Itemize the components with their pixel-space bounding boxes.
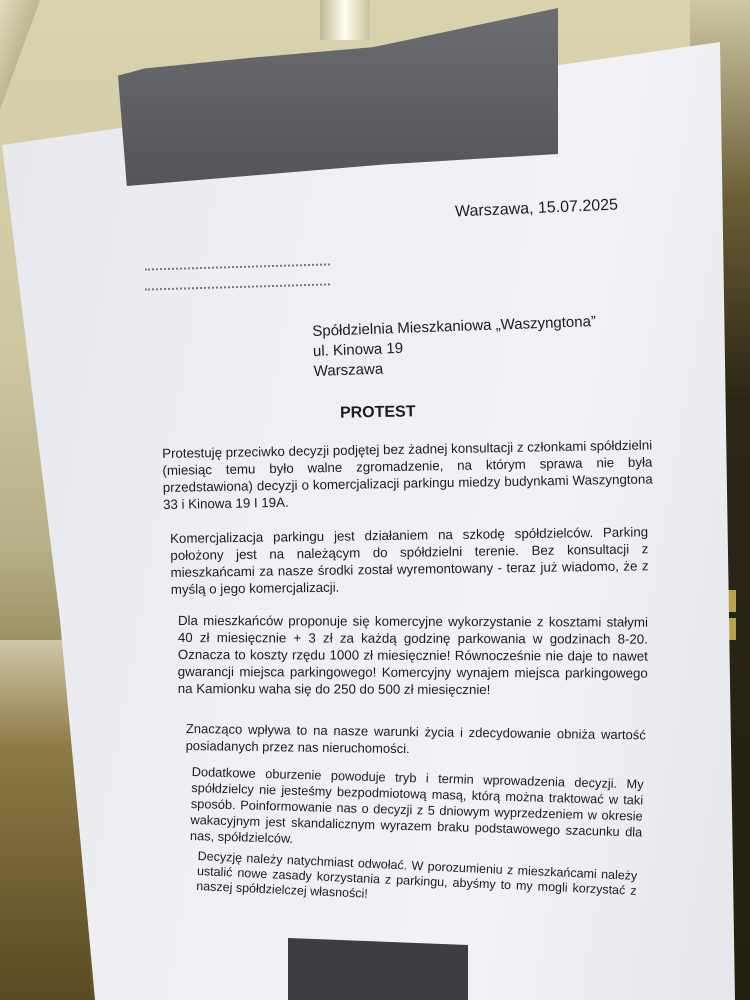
paragraph: Dla mieszkańców proponuje się komercyjne… bbox=[178, 612, 648, 699]
addressee-block: Spółdzielnia Mieszkaniowa „Waszyngtona” … bbox=[312, 312, 598, 382]
paragraph: Decyzję należy natychmiast odwołać. W po… bbox=[196, 849, 638, 914]
paragraph: Znacząco wpływa to na nasze warunki życi… bbox=[186, 720, 646, 760]
protest-letter: Warszawa, 15.07.2025 Spółdzielnia Mieszk… bbox=[0, 0, 750, 1000]
paragraph: Dodatkowe oburzenie powoduje tryb i term… bbox=[190, 764, 644, 857]
place-date: Warszawa, 15.07.2025 bbox=[455, 196, 619, 221]
duct-tape-bottom bbox=[288, 938, 468, 1000]
letter-title: PROTEST bbox=[340, 403, 416, 422]
paragraph: Protestuję przeciwko decyzji podjętej be… bbox=[162, 436, 653, 513]
sender-line bbox=[145, 283, 330, 290]
sender-line bbox=[145, 263, 330, 270]
paragraph: Komercjalizacja parkingu jest działaniem… bbox=[170, 523, 649, 598]
